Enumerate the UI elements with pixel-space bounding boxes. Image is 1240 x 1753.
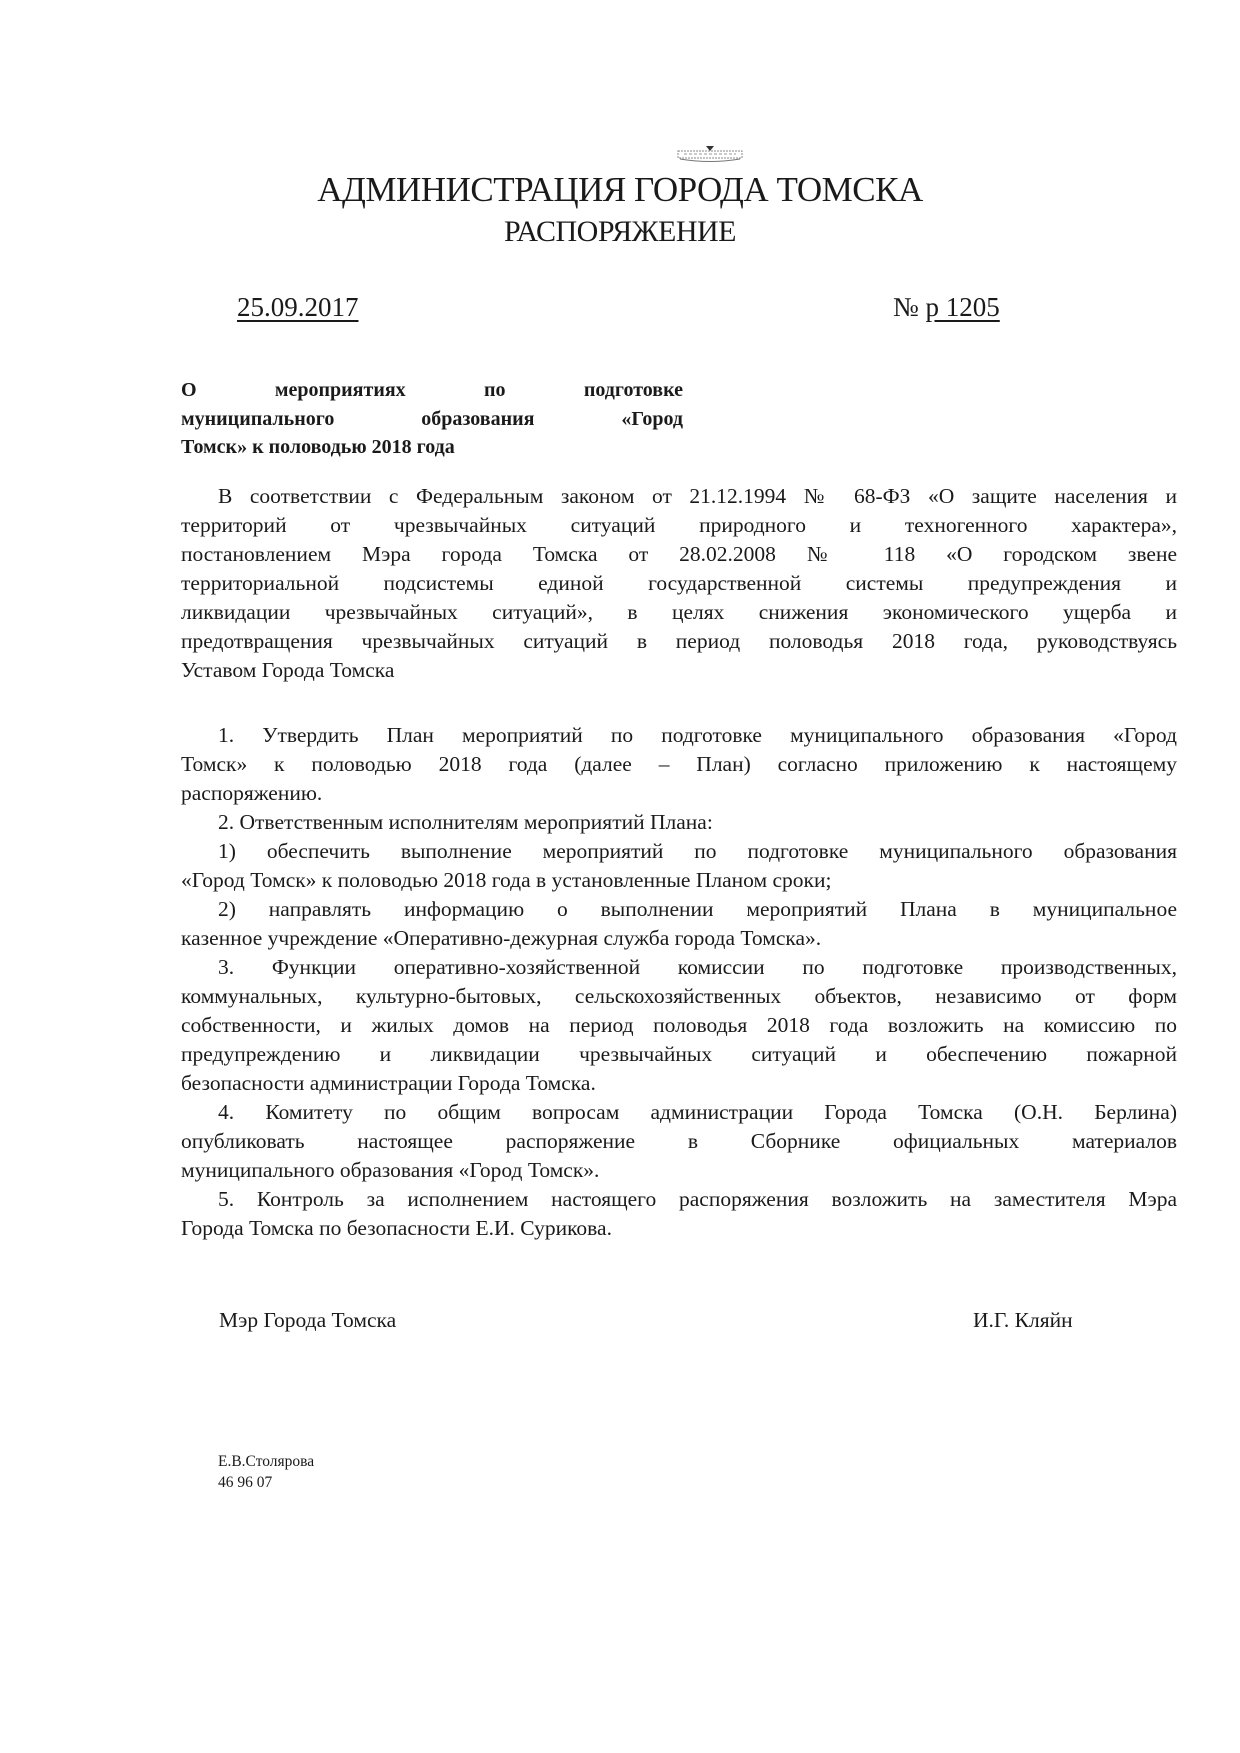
text-line: 5. Контроль за исполнением настоящего ра… [181,1185,1177,1214]
item-1: 1. Утвердить План мероприятий по подгото… [181,721,1177,808]
text-line: предотвращения чрезвычайных ситуаций в п… [181,627,1177,656]
text-line: казенное учреждение «Оперативно-дежурная… [181,924,1177,953]
signatory-name: И.Г. Кляйн [973,1308,1073,1333]
item-2-2: 2) направлять информацию о выполнении ме… [181,895,1177,953]
organization-title: АДМИНИСТРАЦИЯ ГОРОДА ТОМСКА [0,170,1240,210]
text-line: 3. Функции оперативно-хозяйственной коми… [181,953,1177,982]
text-line: постановлением Мэра города Томска от 28.… [181,540,1177,569]
text-line: безопасности администрации Города Томска… [181,1069,1177,1098]
document-subject: О мероприятиях по подготовке муниципальн… [181,376,683,462]
item-2-1: 1) обеспечить выполнение мероприятий по … [181,837,1177,895]
text-line: 1. Утвердить План мероприятий по подгото… [181,721,1177,750]
text-line: 2) направлять информацию о выполнении ме… [181,895,1177,924]
text-line: опубликовать настоящее распоряжение в Сб… [181,1127,1177,1156]
text-line: 2. Ответственным исполнителям мероприяти… [181,808,1177,837]
text-line: распоряжению. [181,779,1177,808]
text-line: Уставом Города Томска [181,656,1177,685]
document-date: 25.09.2017 [237,292,359,323]
executor-phone: 46 96 07 [218,1472,314,1493]
item-5: 5. Контроль за исполнением настоящего ра… [181,1185,1177,1243]
text-line: В соответствии с Федеральным законом от … [181,482,1177,511]
subject-line: муниципального образования «Город [181,405,683,434]
item-2: 2. Ответственным исполнителям мероприяти… [181,808,1177,837]
text-line: «Город Томск» к половодью 2018 года в ус… [181,866,1177,895]
text-line: муниципального образования «Город Томск»… [181,1156,1177,1185]
text-line: Томск» к половодью 2018 года (далее – Пл… [181,750,1177,779]
number-value: р 1205 [926,292,1000,322]
item-4: 4. Комитету по общим вопросам администра… [181,1098,1177,1185]
executor-block: Е.В.Столярова 46 96 07 [218,1451,314,1493]
subject-line: Томск» к половодью 2018 года [181,433,683,462]
coat-of-arms-emblem [670,146,750,164]
signatory-position: Мэр Города Томска [219,1308,396,1333]
item-3: 3. Функции оперативно-хозяйственной коми… [181,953,1177,1098]
text-line: коммунальных, культурно-бытовых, сельско… [181,982,1177,1011]
document-number: № р 1205 [893,292,1000,323]
document-type: РАСПОРЯЖЕНИЕ [0,214,1240,250]
text-line: предупреждению и ликвидации чрезвычайных… [181,1040,1177,1069]
text-line: собственности, и жилых домов на период п… [181,1011,1177,1040]
executor-name: Е.В.Столярова [218,1451,314,1472]
subject-line: О мероприятиях по подготовке [181,376,683,405]
text-line: 4. Комитету по общим вопросам администра… [181,1098,1177,1127]
text-line: Города Томска по безопасности Е.И. Сурик… [181,1214,1177,1243]
text-line: территорий от чрезвычайных ситуаций прир… [181,511,1177,540]
emblem-icon [670,146,750,164]
text-line: ликвидации чрезвычайных ситуаций», в цел… [181,598,1177,627]
text-line: территориальной подсистемы единой госуда… [181,569,1177,598]
number-prefix: № [893,292,919,322]
preamble-paragraph: В соответствии с Федеральным законом от … [181,482,1177,685]
text-line: 1) обеспечить выполнение мероприятий по … [181,837,1177,866]
